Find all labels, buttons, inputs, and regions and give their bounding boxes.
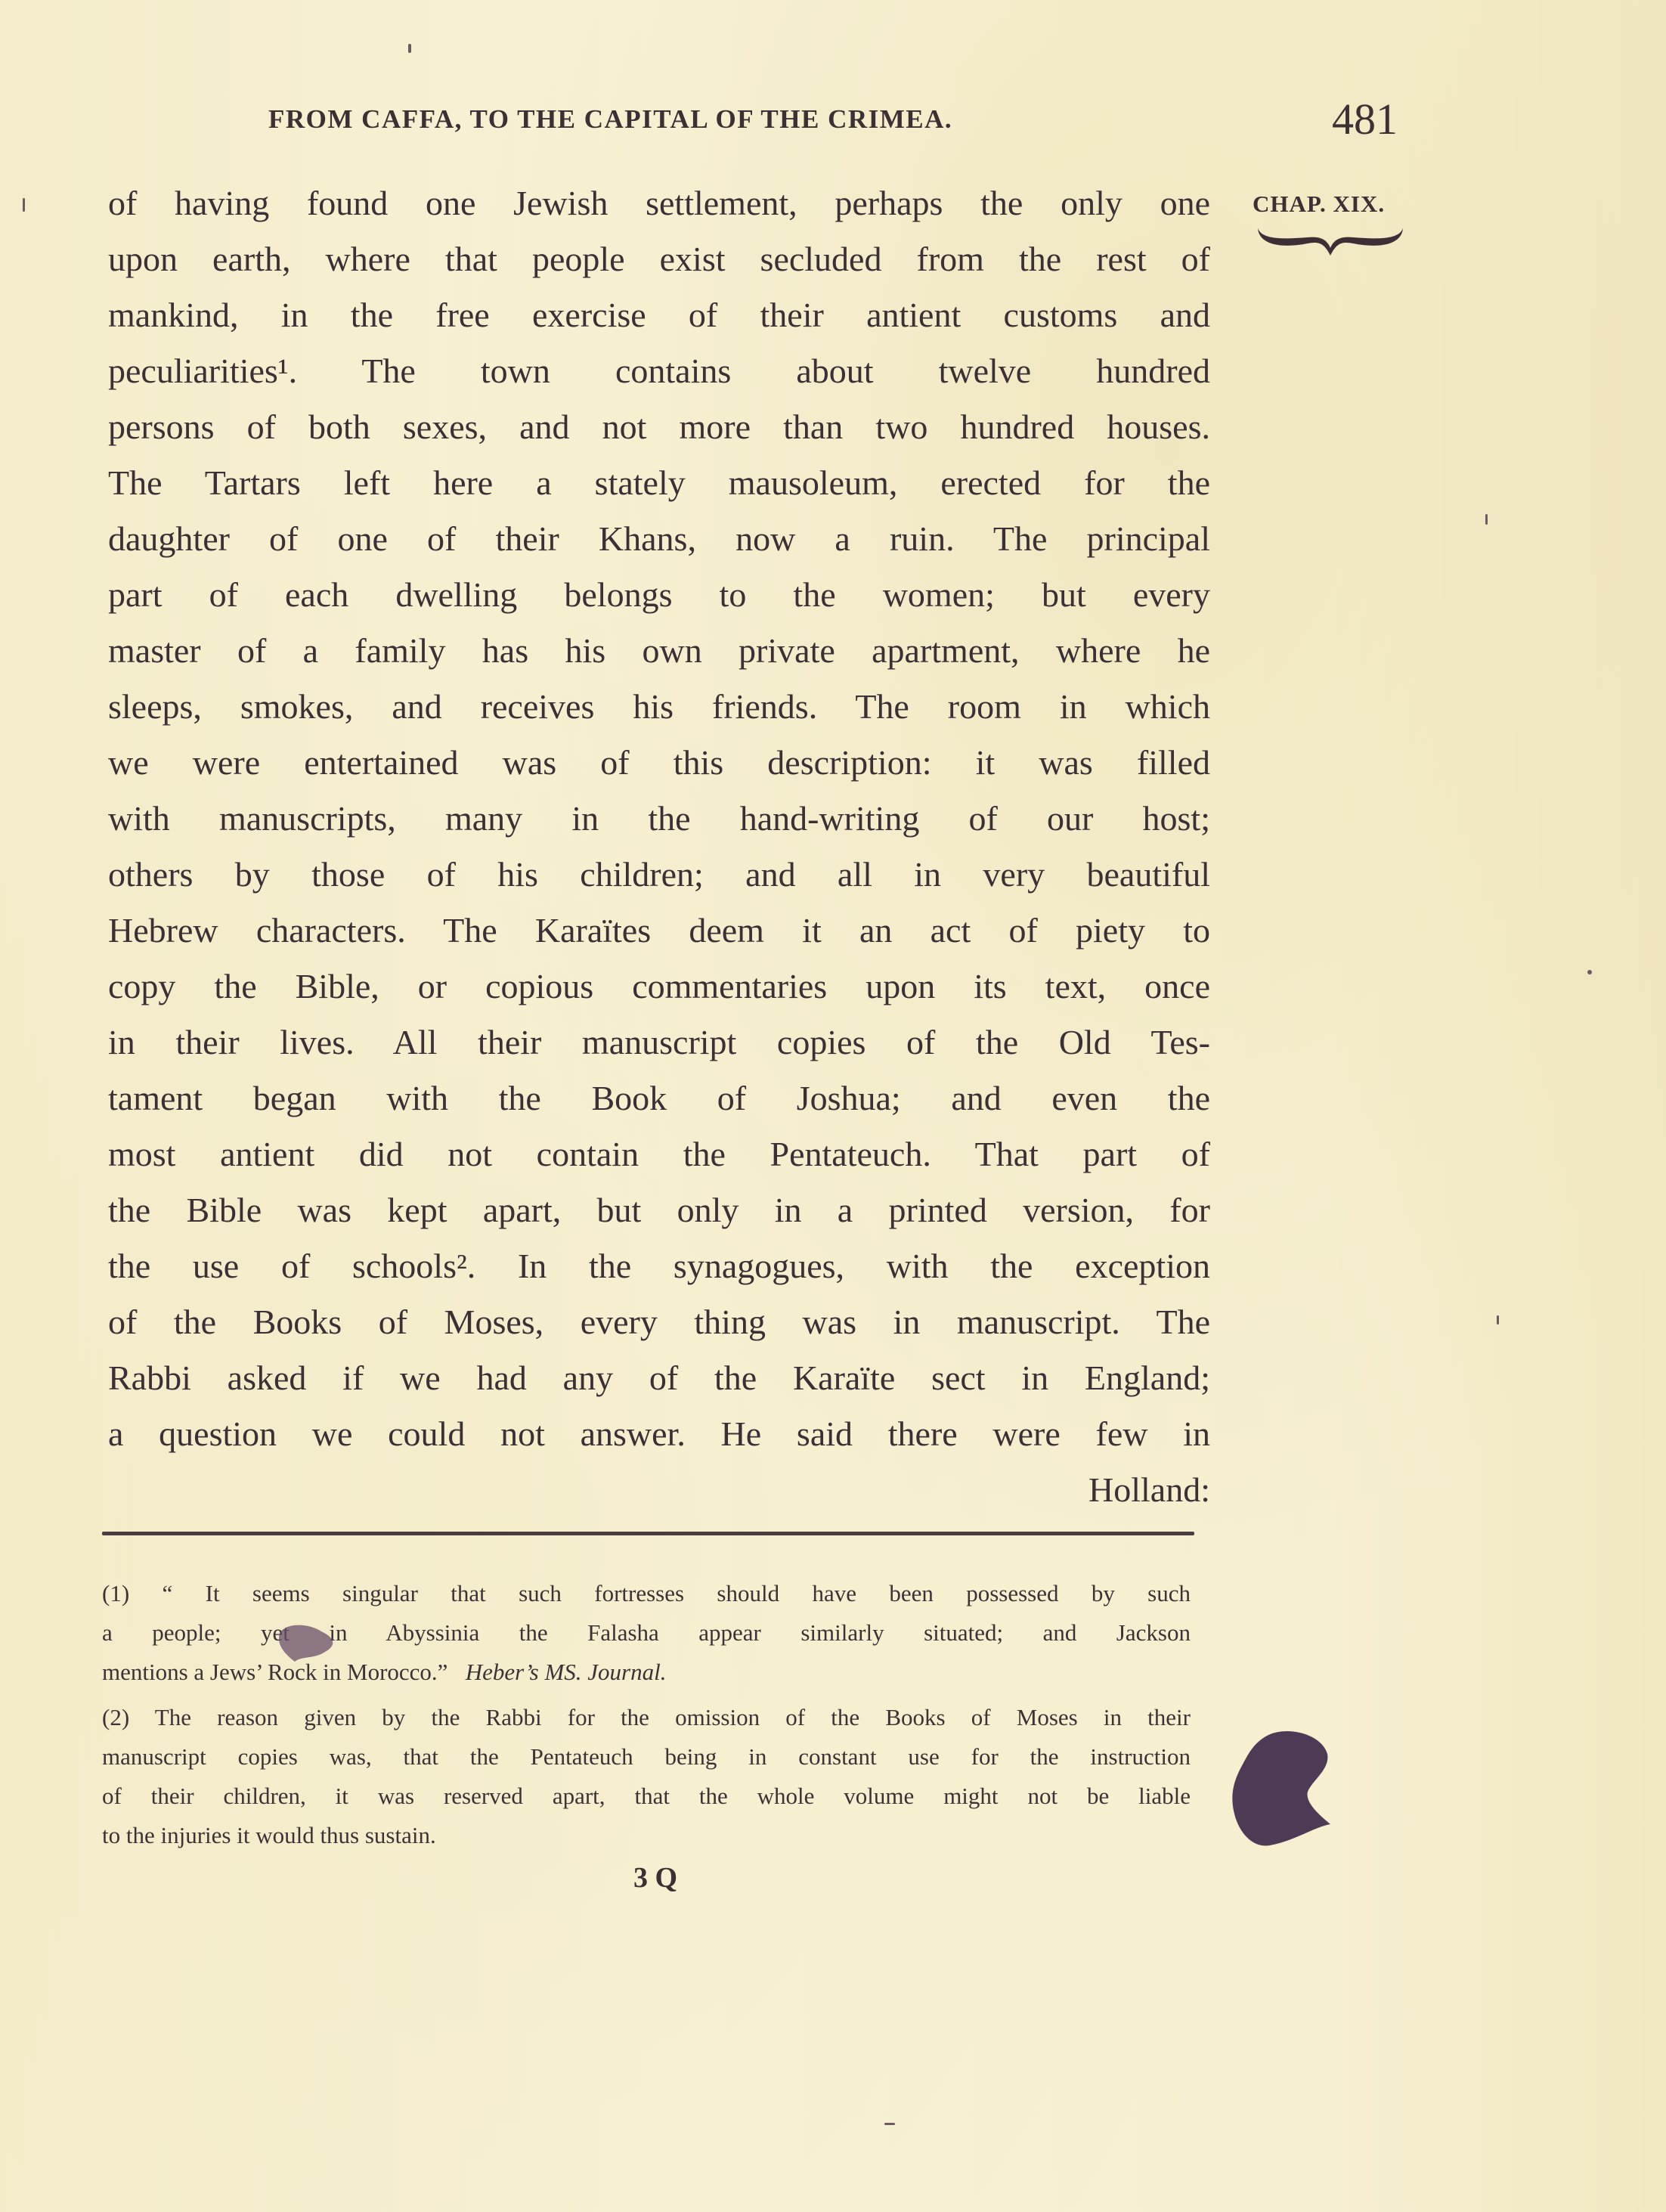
body-line: Rabbi asked if we had any of the Karaïte… <box>108 1350 1210 1406</box>
footnote-line: (1) “ It seems singular that such fortre… <box>102 1574 1191 1613</box>
brace-ornament-icon <box>1255 225 1406 259</box>
body-line: tament began with the Book of Joshua; an… <box>108 1070 1210 1126</box>
body-line: we were entertained was of this descript… <box>108 735 1210 791</box>
footnote-2: (2) The reason given by the Rabbi for th… <box>102 1698 1191 1855</box>
paper-speck <box>884 2123 895 2125</box>
body-line: The Tartars left here a stately mausoleu… <box>108 455 1210 511</box>
body-line: most antient did not contain the Pentate… <box>108 1126 1210 1182</box>
body-line: upon earth, where that people exist secl… <box>108 231 1210 287</box>
paper-speck <box>1485 514 1488 525</box>
body-line: persons of both sexes, and not more than… <box>108 399 1210 455</box>
body-line: mankind, in the free exercise of their a… <box>108 287 1210 343</box>
body-text: of having found one Jewish settlement, p… <box>108 175 1210 1518</box>
footnote-citation: Heber’s MS. Journal. <box>466 1659 667 1685</box>
body-line: in their lives. All their manuscript cop… <box>108 1015 1210 1070</box>
body-line: the Bible was kept apart, but only in a … <box>108 1182 1210 1238</box>
paper-speck <box>408 44 411 53</box>
body-line: others by those of his children; and all… <box>108 847 1210 903</box>
signature-mark: 3 Q <box>633 1861 677 1894</box>
body-line: sleeps, smokes, and receives his friends… <box>108 679 1210 735</box>
paper-speck <box>23 198 25 212</box>
footnote-line: mentions a Jews’ Rock in Morocco.” Heber… <box>102 1653 1191 1692</box>
footnote-rule <box>102 1532 1194 1535</box>
footnote-line: of their children, it was reserved apart… <box>102 1777 1191 1816</box>
footnote-line: to the injuries it would thus sustain. <box>102 1816 1191 1855</box>
ink-blot <box>1223 1727 1336 1848</box>
body-line: Hebrew characters. The Karaïtes deem it … <box>108 903 1210 959</box>
body-line: a question we could not answer. He said … <box>108 1406 1210 1462</box>
body-line: the use of schools². In the synagogues, … <box>108 1238 1210 1294</box>
footnote-line: a people; yet in Abyssinia the Falasha a… <box>102 1613 1191 1653</box>
page-number: 481 <box>1332 94 1398 144</box>
footnote-1: (1) “ It seems singular that such fortre… <box>102 1574 1191 1692</box>
body-line: copy the Bible, or copious commentaries … <box>108 959 1210 1015</box>
paper-speck <box>1587 970 1592 974</box>
footnote-line: (2) The reason given by the Rabbi for th… <box>102 1698 1191 1737</box>
chapter-marginal-label: CHAP. XIX. <box>1253 191 1385 218</box>
paper-speck <box>1497 1315 1499 1324</box>
body-line: master of a family has his own private a… <box>108 623 1210 679</box>
body-line: of the Books of Moses, every thing was i… <box>108 1294 1210 1350</box>
body-line: part of each dwelling belongs to the wom… <box>108 567 1210 623</box>
body-line: of having found one Jewish settlement, p… <box>108 175 1210 231</box>
body-line: peculiarities¹. The town contains about … <box>108 343 1210 399</box>
footnotes: (1) “ It seems singular that such fortre… <box>102 1574 1191 1855</box>
running-head: FROM CAFFA, TO THE CAPITAL OF THE CRIMEA… <box>268 104 952 135</box>
ink-smudge <box>272 1618 344 1663</box>
book-page: FROM CAFFA, TO THE CAPITAL OF THE CRIMEA… <box>0 0 1666 2212</box>
body-line: with manuscripts, many in the hand-writi… <box>108 791 1210 847</box>
body-line: daughter of one of their Khans, now a ru… <box>108 511 1210 567</box>
footnote-line: manuscript copies was, that the Pentateu… <box>102 1737 1191 1777</box>
catchword: Holland: <box>108 1462 1210 1518</box>
